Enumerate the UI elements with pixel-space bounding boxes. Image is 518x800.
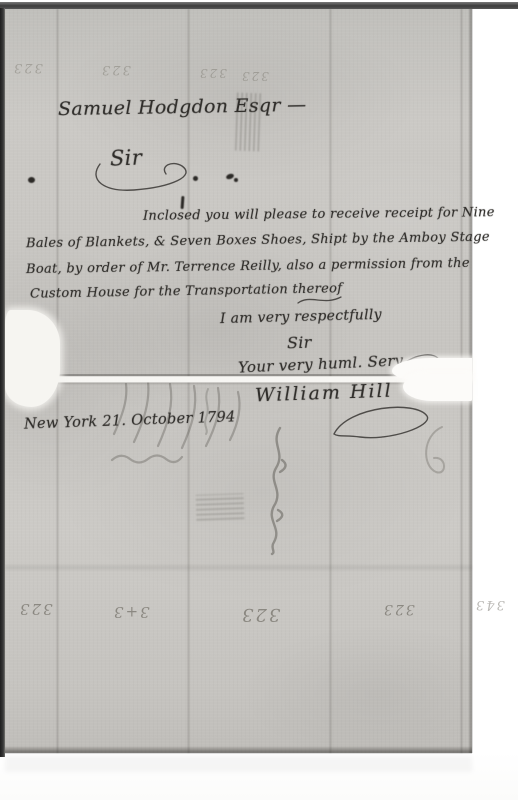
ghost-page-number: 323 bbox=[198, 66, 227, 80]
signature-flourish bbox=[328, 396, 440, 446]
bleed-through-writing-vertical bbox=[256, 424, 300, 556]
bleed-through-stamp-middle bbox=[196, 493, 245, 521]
ghost-page-number: 323 bbox=[100, 62, 131, 77]
worn-white-patch-left bbox=[5, 310, 60, 407]
ghost-page-number: 323 bbox=[12, 60, 43, 75]
scanner-top-bar bbox=[0, 2, 518, 9]
ghost-page-number: 343 bbox=[474, 597, 505, 612]
ink-speck bbox=[234, 178, 238, 182]
scanner-left-edge bbox=[0, 8, 5, 757]
ink-speck bbox=[28, 177, 35, 183]
recipient-line: Samuel Hodgdon Esqr — bbox=[58, 94, 307, 120]
closing-line-2: Sir bbox=[287, 333, 312, 353]
ghost-page-number: 323 bbox=[18, 600, 53, 618]
scanner-background-band bbox=[5, 756, 472, 772]
thereof-flourish bbox=[296, 292, 344, 308]
scanned-letter-page: 323 323 323 323 323 3+3 323 323 343 Samu… bbox=[0, 0, 518, 800]
salutation-flourish bbox=[86, 152, 206, 200]
tear-right-lower bbox=[403, 374, 472, 401]
ghost-page-number: 3+3 bbox=[112, 603, 150, 621]
ghost-page-number: 323 bbox=[382, 601, 415, 617]
ghost-page-number: 323 bbox=[240, 604, 280, 625]
horizontal-fold-crease bbox=[5, 565, 472, 570]
paper-bottom-edge-shadow bbox=[5, 746, 472, 754]
ghost-page-number: 323 bbox=[240, 69, 269, 83]
